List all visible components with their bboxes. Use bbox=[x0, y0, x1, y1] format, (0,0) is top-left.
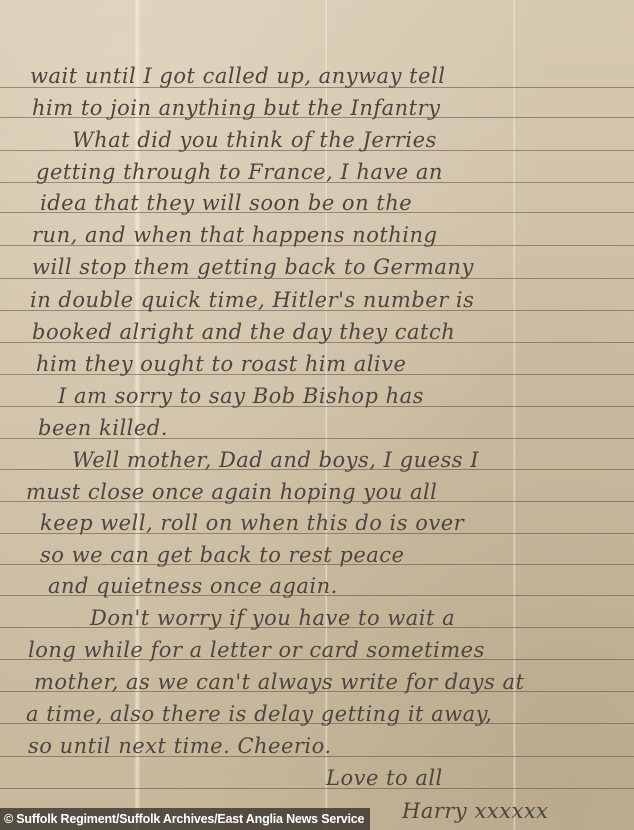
letter-text: run, and when that happens nothing bbox=[32, 223, 437, 247]
letter-text: mother, as we can't always write for day… bbox=[34, 670, 524, 694]
letter-text: long while for a letter or card sometime… bbox=[28, 638, 485, 662]
letter-text: What did you think of the Jerries bbox=[72, 128, 437, 152]
closing-text: Love to all bbox=[326, 766, 443, 790]
letter-text: him to join anything but the Infantry bbox=[32, 96, 441, 120]
letter-text: Well mother, Dad and boys, I guess I bbox=[72, 448, 479, 472]
letter-text: booked alright and the day they catch bbox=[32, 320, 455, 344]
letter-text: keep well, roll on when this do is over bbox=[40, 511, 464, 535]
letter-text: getting through to France, I have an bbox=[36, 160, 443, 184]
letter-text: so we can get back to rest peace bbox=[40, 543, 404, 567]
signature: Harry xxxxxx bbox=[402, 799, 549, 823]
letter-text: him they ought to roast him alive bbox=[36, 352, 406, 376]
letter-text: must close once again hoping you all bbox=[26, 480, 437, 504]
letter-text: Don't worry if you have to wait a bbox=[90, 606, 455, 630]
ruled-line bbox=[0, 788, 634, 789]
letter-text: in double quick time, Hitler's number is bbox=[30, 288, 474, 312]
letter-text: and quietness once again. bbox=[48, 574, 338, 598]
fold-crease bbox=[513, 0, 516, 830]
letter-text: idea that they will soon be on the bbox=[40, 191, 412, 215]
photo-credit: © Suffolk Regiment/Suffolk Archives/East… bbox=[0, 808, 370, 830]
letter-page: wait until I got called up, anyway tell … bbox=[0, 0, 634, 830]
letter-text: wait until I got called up, anyway tell bbox=[30, 64, 445, 88]
letter-text: I am sorry to say Bob Bishop has bbox=[58, 384, 424, 408]
letter-text: so until next time. Cheerio. bbox=[28, 734, 332, 758]
letter-text: will stop them getting back to Germany bbox=[32, 255, 474, 279]
letter-text: been killed. bbox=[38, 416, 168, 440]
letter-text: a time, also there is delay getting it a… bbox=[26, 702, 492, 726]
